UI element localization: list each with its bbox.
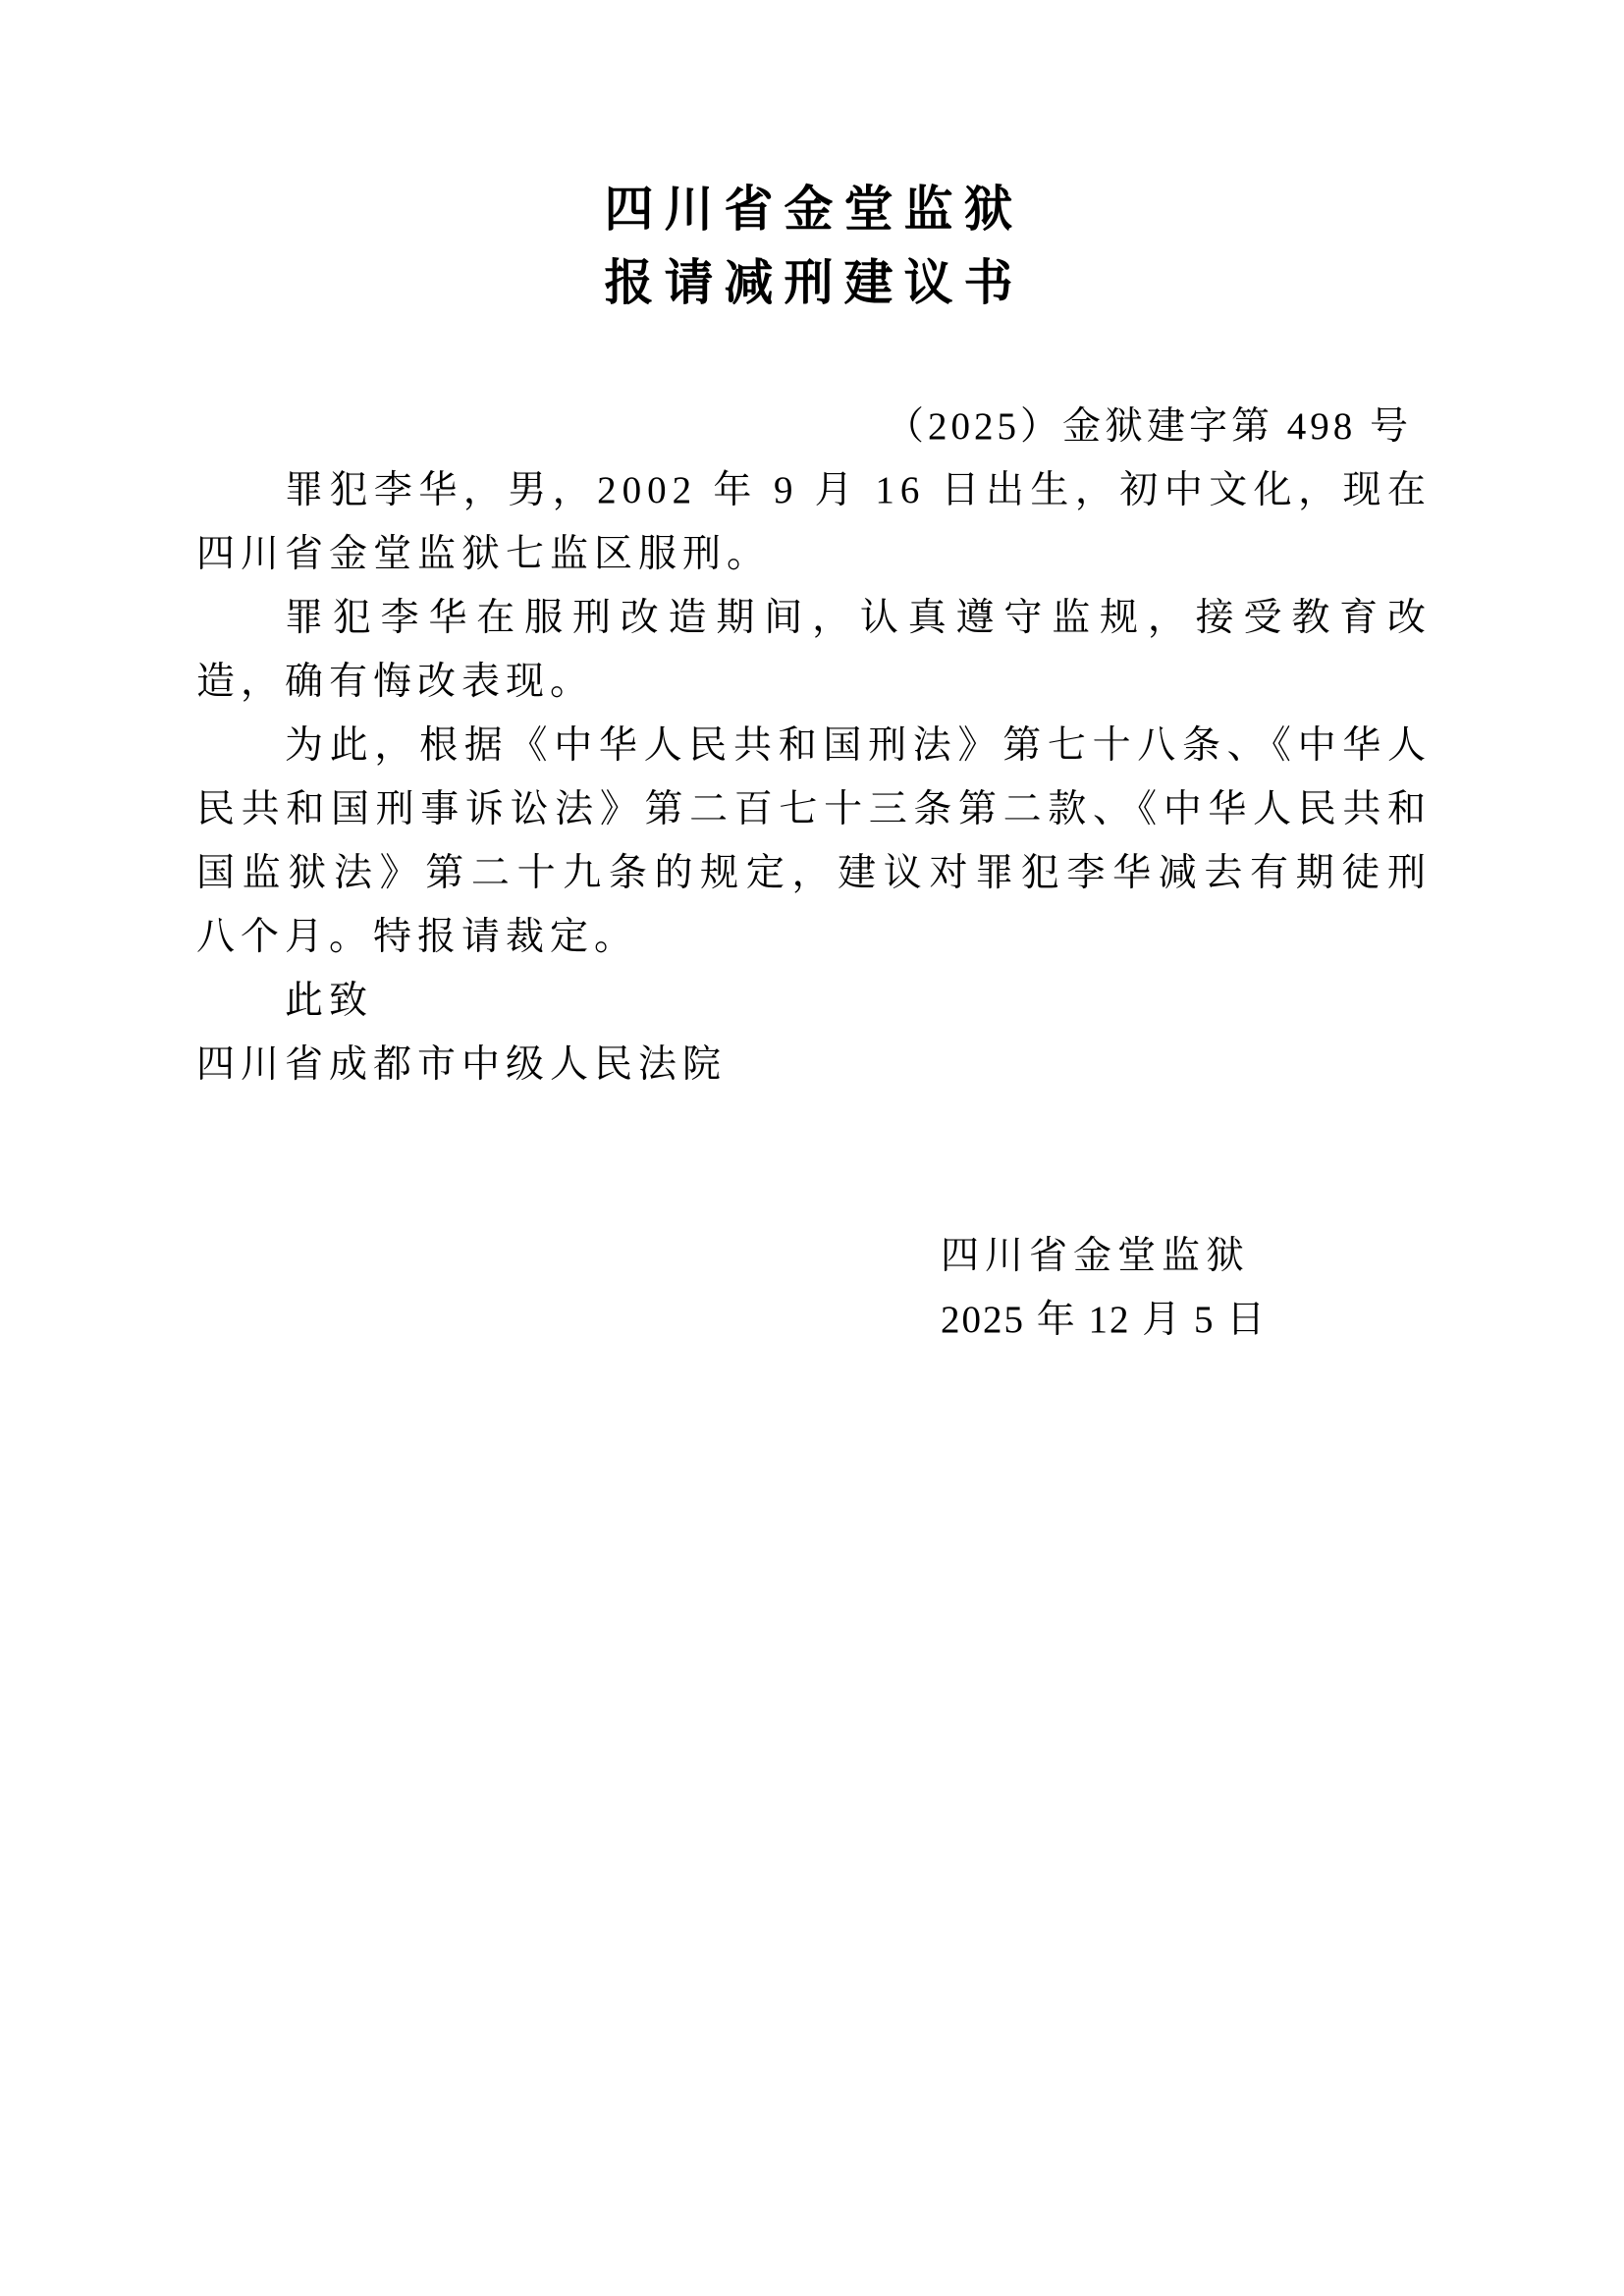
signature-org: 四川省金堂监狱 xyxy=(941,1224,1432,1288)
title-line-1: 四川省金堂监狱 xyxy=(196,173,1432,246)
signature-block: 四川省金堂监狱 2025 年 12 月 5 日 xyxy=(196,1224,1432,1352)
recipient-court: 四川省成都市中级人民法院 xyxy=(196,1033,1432,1096)
title-line-2: 报请减刑建议书 xyxy=(196,246,1432,320)
document-number: （2025）金狱建字第 498 号 xyxy=(196,395,1432,458)
document-body: （2025）金狱建字第 498 号 罪犯李华，男，2002 年 9 月 16 日… xyxy=(196,395,1432,1352)
salutation: 此致 xyxy=(196,969,1432,1033)
paragraph-behavior: 罪犯李华在服刑改造期间，认真遵守监规，接受教育改造，确有悔改表现。 xyxy=(196,586,1432,714)
document-title: 四川省金堂监狱 报请减刑建议书 xyxy=(196,173,1432,320)
signature-date: 2025 年 12 月 5 日 xyxy=(941,1288,1432,1352)
document-page: 四川省金堂监狱 报请减刑建议书 （2025）金狱建字第 498 号 罪犯李华，男… xyxy=(0,0,1624,2296)
paragraph-offender-info: 罪犯李华，男，2002 年 9 月 16 日出生，初中文化，现在四川省金堂监狱七… xyxy=(196,458,1432,586)
paragraph-legal-basis: 为此，根据《中华人民共和国刑法》第七十八条、《中华人民共和国刑事诉讼法》第二百七… xyxy=(196,714,1432,969)
